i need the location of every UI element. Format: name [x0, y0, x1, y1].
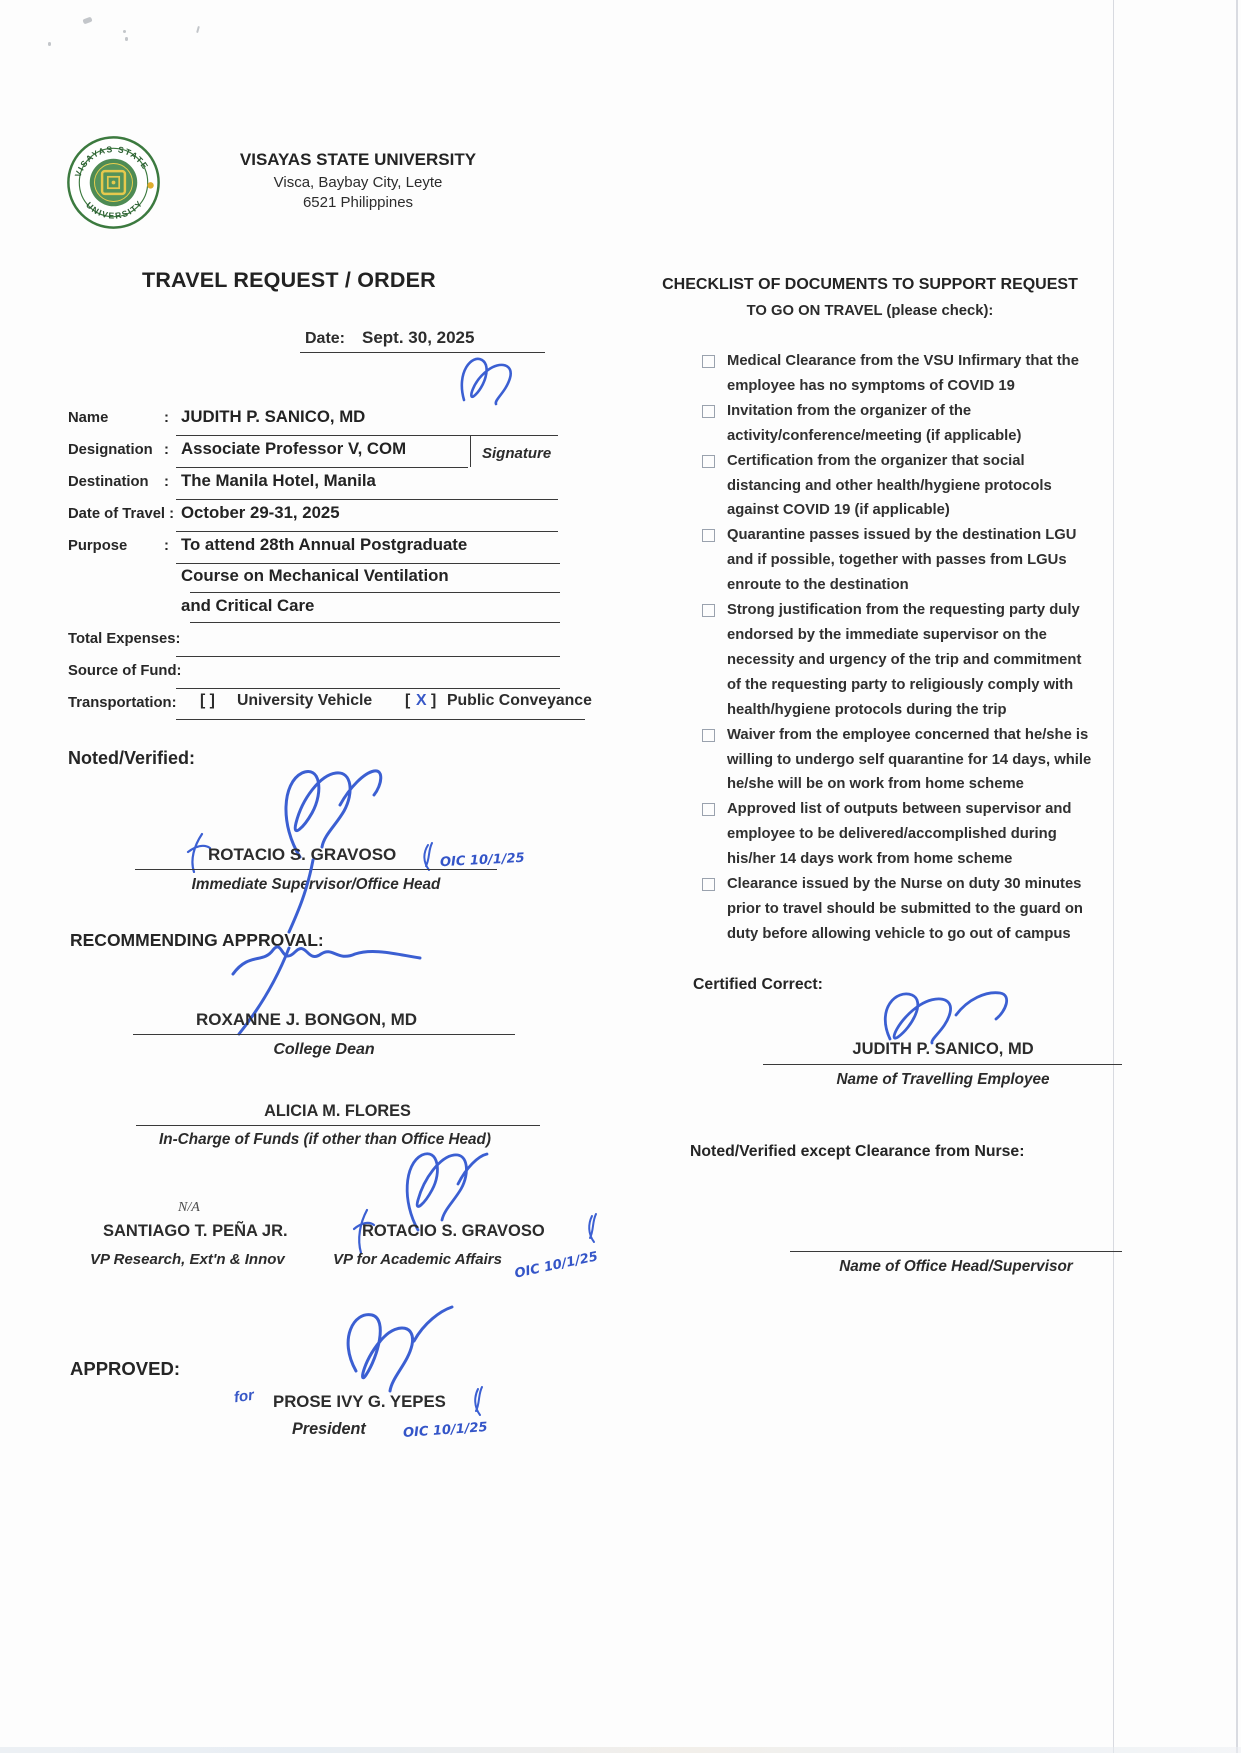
checklist-item: Quarantine passes issued by the destinat…: [702, 523, 1122, 598]
field-colon: :: [164, 410, 169, 426]
transportation-underline: [176, 719, 585, 720]
public-conveyance-bracket-open: [: [405, 692, 410, 710]
gravoso-vp-signature: [388, 1148, 503, 1233]
certified-correct-heading: Certified Correct:: [693, 976, 823, 994]
checklist-item: Strong justification from the requesting…: [702, 598, 1122, 723]
scan-bottom-edge: [0, 1747, 1241, 1753]
noted-verified-heading: Noted/Verified:: [68, 748, 195, 769]
checkbox-unchecked: [702, 729, 715, 742]
for-annotation: for: [233, 1387, 255, 1407]
field-label-total-expenses: Total Expenses:: [68, 631, 180, 647]
field-label-purpose: Purpose: [68, 538, 127, 554]
funds-underline: [136, 1125, 540, 1126]
checkbox-unchecked: [702, 355, 715, 368]
scan-speck: [125, 37, 128, 41]
signature-cell-label: Signature: [482, 445, 551, 462]
scan-speck: [82, 17, 92, 25]
funds-name: ALICIA M. FLORES: [135, 1102, 540, 1121]
checklist-item: Clearance issued by the Nurse on duty 30…: [702, 872, 1122, 947]
checklist-item-text: Waiver from the employee concerned that …: [727, 723, 1091, 798]
field-label-transportation: Transportation:: [68, 695, 177, 711]
public-conveyance-option-label: Public Conveyance: [447, 692, 592, 710]
purpose-underline-3: [190, 622, 560, 623]
checkbox-unchecked: [702, 405, 715, 418]
field-colon: :: [164, 474, 169, 490]
destination-underline: [176, 499, 558, 500]
university-address-line1: Visca, Baybay City, Leyte: [238, 174, 478, 191]
checklist-item-text: Strong justification from the requesting…: [727, 598, 1081, 723]
vp-research-name: SANTIAGO T. PEÑA JR.: [103, 1222, 288, 1241]
president-role: President: [292, 1420, 366, 1439]
form-title: TRAVEL REQUEST / ORDER: [142, 268, 436, 293]
checklist-subtitle: TO GO ON TRAVEL (please check):: [630, 303, 1110, 319]
dean-underline: [133, 1034, 515, 1035]
checkbox-unchecked: [702, 455, 715, 468]
field-colon: :: [164, 538, 169, 554]
checklist-item-text: Certification from the organizer that so…: [727, 449, 1052, 524]
vp-academic-role: VP for Academic Affairs: [333, 1251, 502, 1268]
funds-role: In-Charge of Funds (if other than Office…: [110, 1131, 540, 1149]
pen-flick-mark: [470, 1385, 486, 1417]
total-expenses-underline: [176, 656, 560, 657]
scan-speck: [48, 42, 51, 46]
checklist-item-text: Approved list of outputs between supervi…: [727, 797, 1071, 872]
date-value: Sept. 30, 2025: [362, 328, 474, 348]
field-value-designation: Associate Professor V, COM: [181, 439, 406, 459]
office-head-role: Name of Office Head/Supervisor: [790, 1258, 1122, 1276]
certified-role: Name of Travelling Employee: [763, 1071, 1123, 1089]
field-label-date-of-travel: Date of Travel :: [68, 506, 174, 522]
checklist-item: Invitation from the organizer of the act…: [702, 399, 1122, 449]
vsu-seal-logo: VISAYAS STATE UNIVERSITY: [66, 135, 161, 230]
certified-name: JUDITH P. SANICO, MD: [763, 1040, 1123, 1059]
public-conveyance-bracket-close: ]: [431, 692, 436, 710]
scan-speck: [123, 30, 126, 33]
pen-flick-mark: [584, 1212, 600, 1244]
public-conveyance-x-mark: X: [416, 692, 427, 710]
president-signature: [322, 1305, 467, 1405]
field-value-purpose-line2: Course on Mechanical Ventilation: [181, 566, 449, 586]
field-value-purpose-line1: To attend 28th Annual Postgraduate: [181, 535, 467, 555]
checklist-item: Medical Clearance from the VSU Infirmary…: [702, 349, 1122, 399]
university-name: VISAYAS STATE UNIVERSITY: [238, 150, 478, 170]
office-head-underline: [790, 1251, 1122, 1252]
checkbox-unchecked: [702, 529, 715, 542]
purpose-underline-2: [190, 592, 560, 593]
field-label-destination: Destination: [68, 474, 149, 490]
designation-underline: [176, 467, 468, 468]
employee-signature: [860, 985, 1025, 1047]
checklist-title: CHECKLIST OF DOCUMENTS TO SUPPORT REQUES…: [630, 276, 1110, 294]
oic-annotation: OIC 10/1/25: [513, 1249, 599, 1281]
source-of-fund-underline: [176, 688, 560, 689]
checklist-item-text: Medical Clearance from the VSU Infirmary…: [727, 349, 1079, 399]
field-value-date-of-travel: October 29-31, 2025: [181, 503, 340, 523]
checklist-item-text: Quarantine passes issued by the destinat…: [727, 523, 1076, 598]
field-label-name: Name: [68, 410, 108, 426]
letterhead: VISAYAS STATE UNIVERSITY Visca, Baybay C…: [238, 150, 478, 211]
oic-annotation: OIC 10/1/25: [403, 1420, 489, 1441]
na-annotation: N/A: [178, 1200, 200, 1216]
certified-underline: [763, 1064, 1122, 1065]
checklist-item: Approved list of outputs between supervi…: [702, 797, 1122, 872]
vp-academic-name: ROTACIO S. GRAVOSO: [362, 1222, 545, 1241]
field-value-name: JUDITH P. SANICO, MD: [181, 407, 365, 427]
checkbox-unchecked: [702, 803, 715, 816]
university-address-line2: 6521 Philippines: [238, 194, 478, 211]
oic-annotation: OIC 10/1/25: [440, 851, 525, 870]
dean-role: College Dean: [133, 1041, 515, 1059]
field-label-designation: Designation: [68, 442, 153, 458]
checklist-item: Waiver from the employee concerned that …: [702, 723, 1122, 798]
field-colon: :: [164, 442, 169, 458]
purpose-underline-1: [176, 563, 560, 564]
president-name: PROSE IVY G. YEPES: [273, 1392, 446, 1412]
university-vehicle-checkbox: [ ]: [200, 692, 215, 710]
checklist-item: Certification from the organizer that so…: [702, 449, 1122, 524]
name-underline: [176, 435, 558, 436]
checklist-item-text: Clearance issued by the Nurse on duty 30…: [727, 872, 1083, 947]
signature-cell-divider: [470, 436, 471, 467]
checklist-item-text: Invitation from the organizer of the act…: [727, 399, 1021, 449]
approved-heading: APPROVED:: [70, 1358, 180, 1380]
field-value-destination: The Manila Hotel, Manila: [181, 471, 376, 491]
date-label: Date:: [305, 330, 345, 348]
checklist-items: Medical Clearance from the VSU Infirmary…: [702, 349, 1122, 947]
page-edge-line: [1236, 0, 1238, 1753]
field-value-purpose-line3: and Critical Care: [181, 596, 314, 616]
scanned-travel-request-form: VISAYAS STATE UNIVERSITY VISAYAS STATE U…: [0, 0, 1241, 1753]
scan-speck: [196, 26, 200, 33]
noted-except-heading: Noted/Verified except Clearance from Nur…: [690, 1143, 1024, 1161]
vp-research-role: VP Research, Ext'n & Innov: [90, 1251, 285, 1268]
field-label-source-of-fund: Source of Fund:: [68, 663, 181, 679]
employee-signature: [450, 350, 530, 408]
checkbox-unchecked: [702, 604, 715, 617]
dean-name: ROXANNE J. BONGON, MD: [196, 1010, 417, 1030]
university-vehicle-option-label: University Vehicle: [237, 692, 372, 710]
checkbox-unchecked: [702, 878, 715, 891]
date-of-travel-underline: [176, 531, 558, 532]
